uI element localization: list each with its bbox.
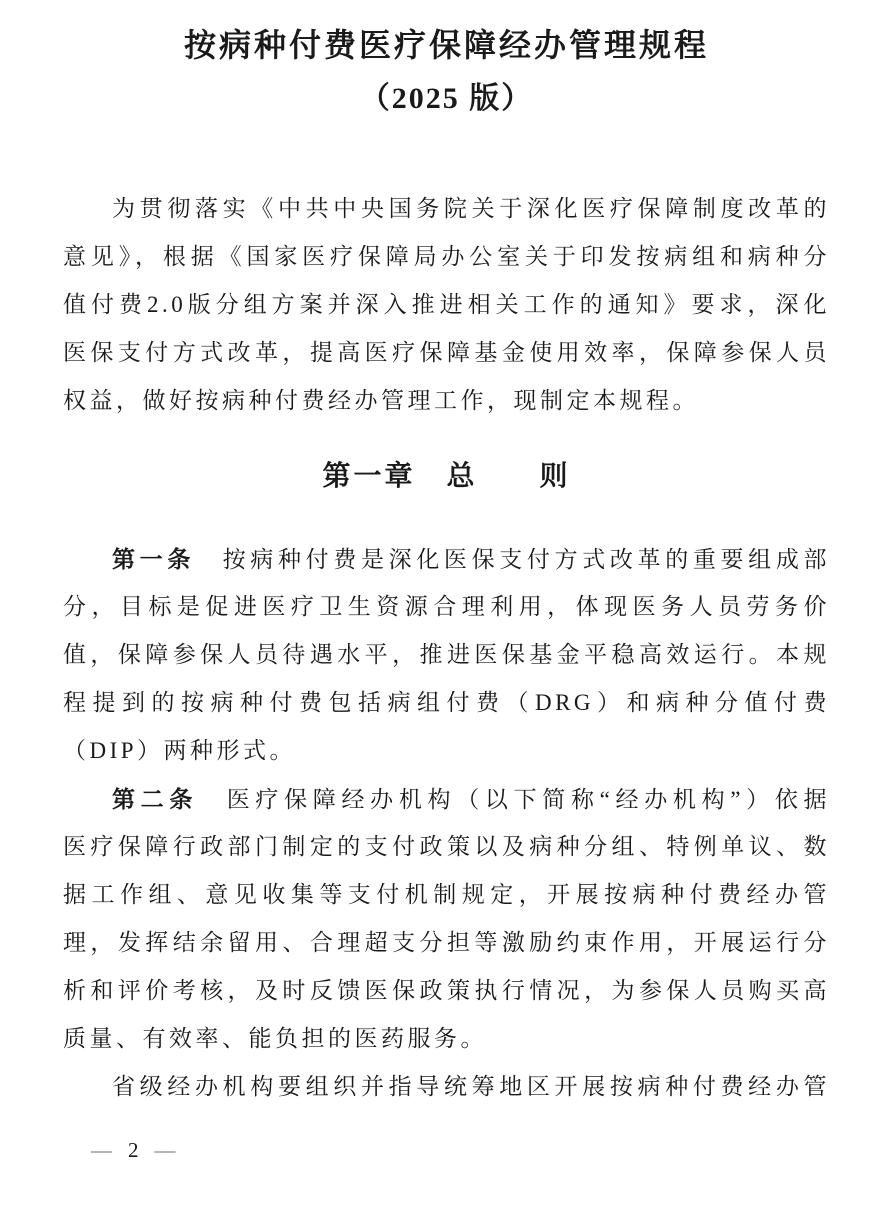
text-line: 第一条 按病种付费是深化医保支付方式改革的重要组成部	[63, 535, 830, 583]
document-title: 按病种付费医疗保障经办管理规程	[63, 25, 830, 65]
text-line: （DIP）两种形式。	[63, 727, 830, 775]
text-line: 值，保障参保人员待遇水平，推进医保基金平稳高效运行。本规	[63, 631, 830, 679]
article-2-paragraph: 第二条 医疗保障经办机构（以下简称“经办机构”）依据 医疗保障行政部门制定的支付…	[63, 775, 830, 1063]
article-1-paragraph: 第一条 按病种付费是深化医保支付方式改革的重要组成部 分，目标是促进医疗卫生资源…	[63, 535, 830, 775]
text-line: 医疗保障行政部门制定的支付政策以及病种分组、特例单议、数	[63, 823, 830, 871]
text-line: 为贯彻落实《中共中央国务院关于深化医疗保障制度改革的	[63, 185, 830, 233]
page-number: 2	[128, 1137, 139, 1163]
text-line: 析和评价考核，及时反馈医保政策执行情况，为参保人员购买高	[63, 967, 830, 1015]
text-line: 分，目标是促进医疗卫生资源合理利用，体现医务人员劳务价	[63, 583, 830, 631]
text-line: 医保支付方式改革，提高医疗保障基金使用效率，保障参保人员	[63, 329, 830, 377]
footer-right-dash: —	[155, 1138, 176, 1162]
text-line: 值付费2.0版分组方案并深入推进相关工作的通知》要求，深化	[63, 281, 830, 329]
article-2-line1-text: 医疗保障经办机构（以下简称“经办机构”）依据	[198, 787, 830, 812]
article-1-line1-text: 按病种付费是深化医保支付方式改革的重要组成部	[195, 547, 830, 572]
closing-paragraph: 省级经办机构要组织并指导统筹地区开展按病种付费经办管	[63, 1063, 830, 1111]
chapter-heading: 第一章 总 则	[63, 452, 830, 500]
text-line: 程提到的按病种付费包括病组付费（DRG）和病种分值付费	[63, 679, 830, 727]
intro-paragraph: 为贯彻落实《中共中央国务院关于深化医疗保障制度改革的 意见》，根据《国家医疗保障…	[63, 185, 830, 425]
article-2-term: 第二条	[112, 786, 198, 812]
text-line: 据工作组、意见收集等支付机制规定，开展按病种付费经办管	[63, 871, 830, 919]
article-1-term: 第一条	[112, 546, 195, 572]
document-page: 按病种付费医疗保障经办管理规程 （2025 版） 为贯彻落实《中共中央国务院关于…	[0, 0, 890, 1216]
page-footer: —2—	[91, 1137, 830, 1163]
text-line: 意见》，根据《国家医疗保障局办公室关于印发按病组和病种分	[63, 233, 830, 281]
document-subtitle: （2025 版）	[63, 79, 830, 119]
text-line: 质量、有效率、能负担的医药服务。	[63, 1015, 830, 1063]
text-line: 省级经办机构要组织并指导统筹地区开展按病种付费经办管	[63, 1063, 830, 1111]
text-line: 权益，做好按病种付费经办管理工作，现制定本规程。	[63, 377, 830, 425]
footer-left-dash: —	[91, 1138, 112, 1162]
text-line: 第二条 医疗保障经办机构（以下简称“经办机构”）依据	[63, 775, 830, 823]
text-line: 理，发挥结余留用、合理超支分担等激励约束作用，开展运行分	[63, 919, 830, 967]
